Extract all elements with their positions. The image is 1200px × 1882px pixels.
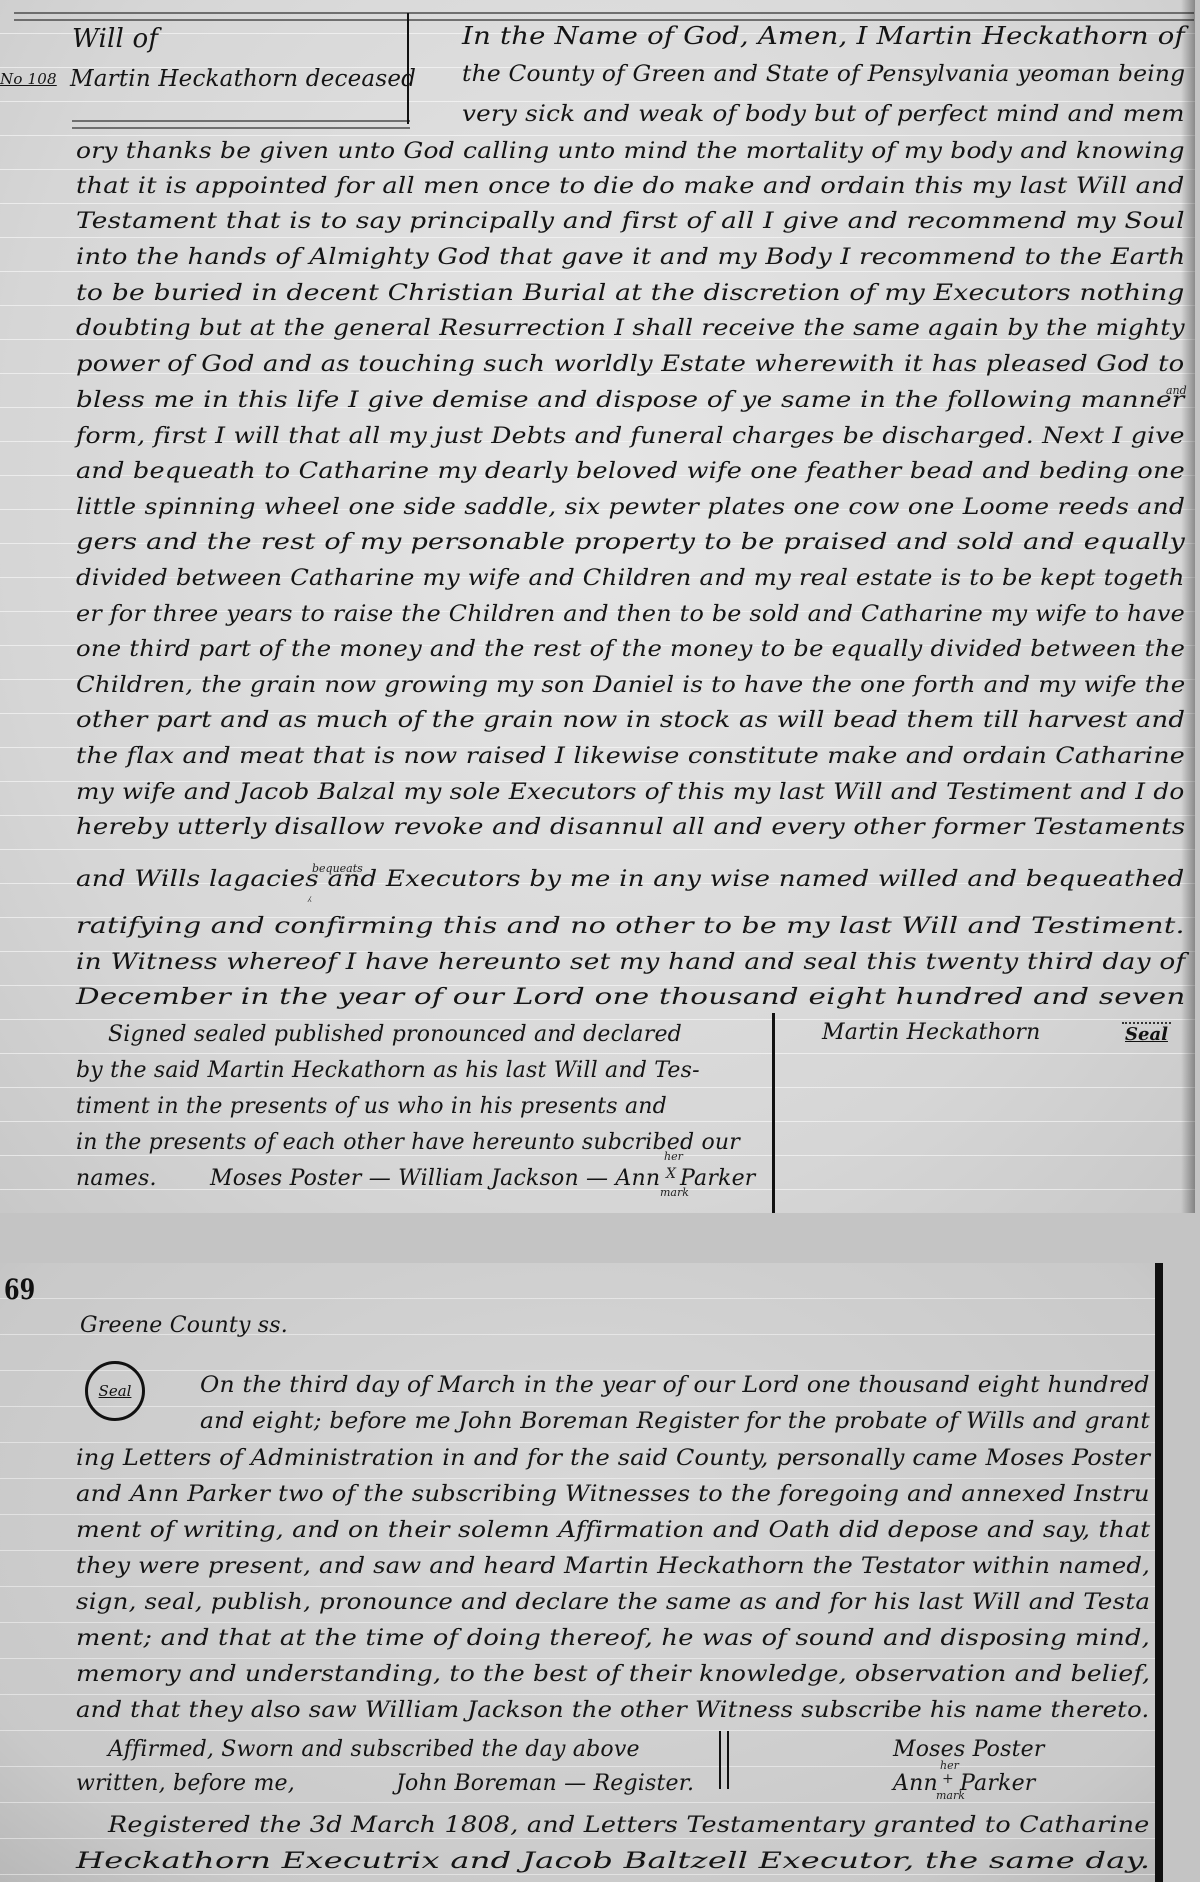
probate-line-10: and that they also saw William Jackson t…: [76, 1698, 1149, 1723]
affirmation-divider: [719, 1731, 729, 1789]
probate-line-3: ing Letters of Administration in and for…: [76, 1446, 1150, 1471]
will-line-10: power of God and as touching such worldl…: [76, 352, 1184, 377]
probate-line-8: ment; and that at the time of doing ther…: [76, 1626, 1150, 1651]
will-page-top: No 108 Will of Martin Heckathorn decease…: [0, 0, 1195, 1213]
witness-mark-surname: Parker: [680, 1166, 756, 1191]
will-line-17: er for three years to raise the Children…: [76, 602, 1185, 627]
probate-line-6: they were present, and saw and heard Mar…: [76, 1554, 1150, 1579]
record-number: No 108: [0, 70, 57, 88]
will-line-2: the County of Green and State of Pensylv…: [462, 62, 1185, 87]
will-line-19: Children, the grain now growing my son D…: [76, 673, 1185, 698]
title-line-1: Will of: [72, 24, 158, 54]
affirmation-line-2: written, before me,: [76, 1771, 295, 1796]
will-line-8: to be buried in decent Christian Burial …: [76, 281, 1185, 306]
mark-symbol: +: [942, 1771, 954, 1787]
attestation-line-4: in the presents of each other have hereu…: [76, 1130, 740, 1155]
mark-top-label: her: [664, 1150, 683, 1163]
will-line-26: in Witness whereof I have hereunto set m…: [76, 950, 1186, 975]
attestation-line-5: names.: [76, 1166, 157, 1191]
will-line-14: little spinning wheel one side saddle, s…: [76, 495, 1185, 520]
will-line-12: form, first I will that all my just Debt…: [76, 424, 1185, 449]
registration-line-1: Registered the 3d March 1808, and Letter…: [108, 1813, 1150, 1838]
page-number: 69: [4, 1273, 35, 1306]
title-line-2: Martin Heckathorn deceased: [70, 66, 416, 92]
will-line-16: divided between Catharine my wife and Ch…: [76, 566, 1185, 591]
will-line-1: In the Name of God, Amen, I Martin Hecka…: [462, 22, 1185, 50]
court-seal-label: Seal: [99, 1382, 132, 1400]
mark-symbol: X: [666, 1166, 676, 1182]
venue-heading: Greene County ss.: [80, 1313, 288, 1338]
probate-page-bottom: 69 Greene County ss. Seal On the third d…: [0, 1263, 1163, 1882]
will-line-27: December in the year of our Lord one tho…: [76, 985, 1186, 1010]
testator-signature: Martin Heckathorn: [822, 1020, 1041, 1045]
witness-names: Moses Poster — William Jackson — Ann: [210, 1166, 660, 1191]
will-line-11: bless me in this life I give demise and …: [76, 388, 1185, 413]
will-line-25: ratifying and confirming this and no oth…: [76, 914, 1185, 939]
registration-line-2: Heckathorn Executrix and Jacob Baltzell …: [76, 1849, 1150, 1874]
witness-signature-1: Moses Poster: [893, 1737, 1045, 1762]
will-line-5: that it is appointed for all men once to…: [76, 174, 1185, 199]
will-line-21: the flax and meat that is now raised I l…: [76, 744, 1185, 769]
probate-line-5: ment of writing, and on their solemn Aff…: [76, 1518, 1150, 1543]
will-line-7: into the hands of Almighty God that gave…: [76, 245, 1185, 270]
witness-signature-2-first: Ann: [893, 1771, 938, 1796]
attestation-line-3: timent in the presents of us who in his …: [76, 1094, 667, 1119]
will-line-6: Testament that is to say principally and…: [76, 209, 1185, 234]
will-line-3: very sick and weak of body but of perfec…: [462, 102, 1185, 127]
will-line-24: and Wills lagacies and Executors by me i…: [76, 867, 1184, 892]
court-seal: Seal: [85, 1361, 145, 1421]
will-line-9: doubting but at the general Resurrection…: [76, 316, 1185, 341]
will-line-18: one third part of the money and the rest…: [76, 637, 1185, 662]
attestation-line-1: Signed sealed published pronounced and d…: [108, 1022, 682, 1047]
will-line-15: gers and the rest of my personable prope…: [76, 530, 1185, 555]
probate-line-2: and eight; before me John Boreman Regist…: [200, 1409, 1150, 1434]
attestation-divider: [772, 1013, 775, 1213]
attestation-line-2: by the said Martin Heckathorn as his las…: [76, 1058, 700, 1083]
will-line-13: and bequeath to Catharine my dearly belo…: [76, 459, 1185, 484]
will-line-23: hereby utterly disallow revoke and disan…: [76, 815, 1185, 840]
affirmation-line-1: Affirmed, Sworn and subscribed the day a…: [108, 1737, 640, 1762]
witness-signature-2-last: Parker: [960, 1771, 1036, 1796]
will-line-20: other part and as much of the grain now …: [76, 708, 1185, 733]
probate-line-9: memory and understanding, to the best of…: [76, 1662, 1150, 1687]
probate-line-1: On the third day of March in the year of…: [200, 1373, 1150, 1398]
testator-seal: Seal: [1122, 1022, 1171, 1045]
interlinear-and: and: [1166, 384, 1187, 397]
will-line-4: ory thanks be given unto God calling unt…: [76, 139, 1185, 164]
probate-line-4: and Ann Parker two of the subscribing Wi…: [76, 1482, 1150, 1507]
will-line-22: my wife and Jacob Balzal my sole Executo…: [76, 780, 1185, 805]
header-box-bottom-rule: [72, 120, 410, 129]
header-top-rule: [14, 12, 1194, 21]
register-signature: John Boreman — Register.: [396, 1771, 694, 1796]
probate-line-7: sign, seal, publish, pronounce and decla…: [76, 1590, 1150, 1615]
